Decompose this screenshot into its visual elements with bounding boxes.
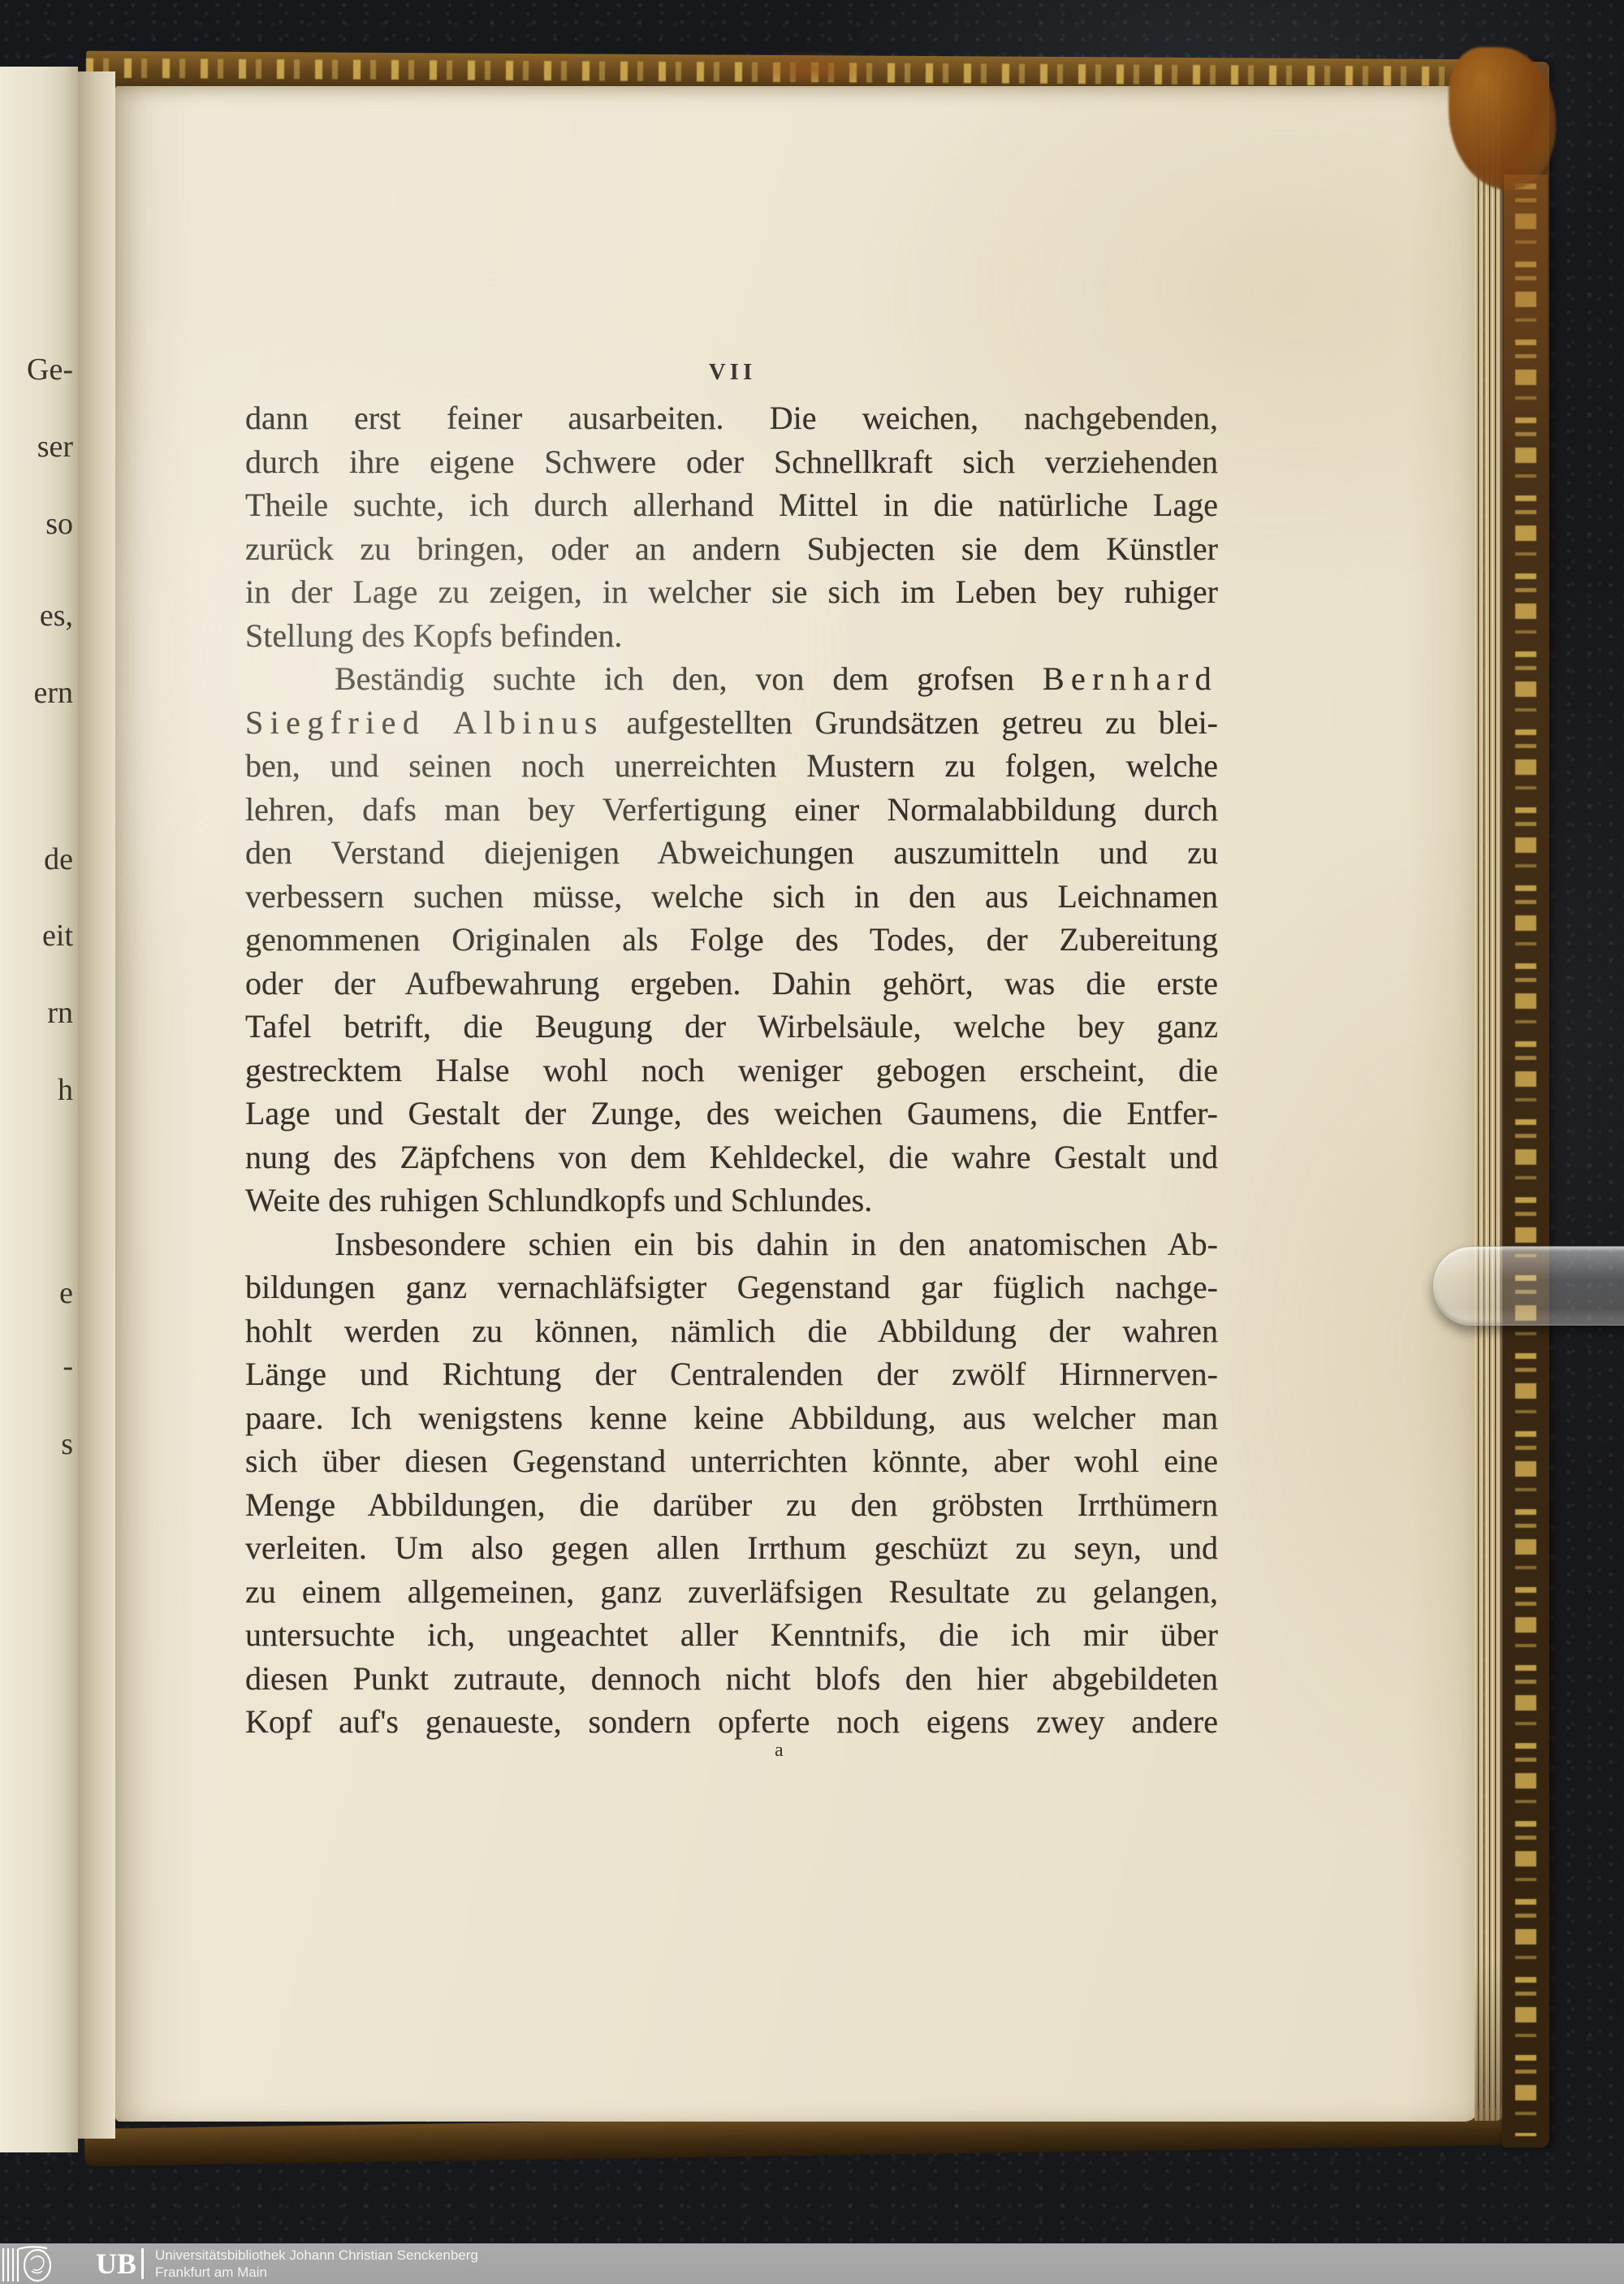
text-line: Beständig suchte ich den, von dem grofse… [245,657,1218,701]
text-line: hohlt werden zu können, nämlich die Abbi… [245,1309,1218,1353]
text-segment: lehren, dafs man bey Verfertigung einer … [245,791,1218,828]
book-gutter-shadow [78,71,115,2139]
text-segment: zu einem allgemeinen, ganz zuverläfsigen… [245,1573,1218,1610]
text-segment: bildungen ganz vernachläfsigter Gegensta… [245,1269,1218,1305]
text-segment: Tafel betrift, die Beugung der Wirbelsäu… [245,1008,1218,1045]
facing-page-text-fragment: rn [47,991,73,1035]
text-line: paare. Ich wenigstens kenne keine Abbild… [245,1396,1218,1440]
facing-page-text-fragment: de [44,837,73,881]
letterspaced-name: Bernhard [1043,660,1218,697]
plastic-strip [1432,1246,1624,1326]
text-line: Stellung des Kopfs befinden. [245,614,1218,658]
text-segment: ben, und seinen noch unerreichten Muster… [245,747,1218,784]
leather-cover-gilt-band [1502,62,1549,2148]
library-footer-bar: UB Universitätsbibliothek Johann Christi… [0,2243,1624,2284]
text-line: Kopf auf's genaueste, sondern opferte no… [245,1700,1218,1744]
text-line: Theile suchte, ich durch allerhand Mitte… [245,483,1218,527]
text-line: gestrecktem Halse wohl noch weniger gebo… [245,1049,1218,1092]
text-line: oder der Aufbewahrung ergeben. Dahin geh… [245,962,1218,1006]
text-segment: sich über diesen Gegenstand unterrichten… [245,1443,1218,1479]
page-block-edge [1475,78,1504,2121]
facing-page-text-fragment: ser [37,425,73,469]
facing-page-sliver: Ge-sersoes,erndeeitrnhe-s [0,67,78,2152]
text-segment: aufgestellten Grundsätzen getreu zu blei… [604,704,1218,741]
text-segment: diesen Punkt zutraute, dennoch nicht blo… [245,1660,1218,1697]
ub-logo-text: UB [96,2243,136,2284]
page-number: VII [651,359,814,386]
text-line: Lage und Gestalt der Zunge, des weichen … [245,1092,1218,1136]
text-line: Insbesondere schien ein bis dahin in den… [245,1222,1218,1266]
text-line: dann erst feiner ausarbeiten. Die weiche… [245,396,1218,440]
facing-page-text-fragment: so [45,502,73,546]
logo-divider [141,2248,144,2279]
footer-library-name: Universitätsbibliothek Johann Christian … [155,2247,478,2264]
text-segment: durch ihre eigene Schwere oder Schnellkr… [245,443,1218,480]
library-portrait-icon [0,2243,94,2284]
text-line: zu einem allgemeinen, ganz zuverläfsigen… [245,1570,1218,1614]
facing-page-text-fragment: es, [40,594,73,638]
text-segment: verleiten. Um also gegen allen Irrthum g… [245,1529,1218,1566]
text-line: den Verstand diejenigen Abweichungen aus… [245,831,1218,875]
footer-text: Universitätsbibliothek Johann Christian … [155,2247,478,2281]
facing-page-text-fragment: e [59,1271,73,1315]
ub-logo: UB [0,2243,144,2284]
text-segment: Kopf auf's genaueste, sondern opferte no… [245,1703,1218,1740]
letterspaced-name: Siegfried Albinus [245,704,604,741]
facing-page-text-fragment: s [61,1422,73,1466]
text-segment: gestrecktem Halse wohl noch weniger gebo… [245,1052,1218,1088]
facing-page-text-fragment: ern [33,671,73,715]
text-segment: in der Lage zu zeigen, in welcher sie si… [245,573,1218,610]
text-line: in der Lage zu zeigen, in welcher sie si… [245,570,1218,614]
facing-page-text-fragment: Ge- [27,348,73,391]
text-line: Weite des ruhigen Schlundkopfs und Schlu… [245,1179,1218,1222]
text-segment: Menge Abbildungen, die darüber zu den gr… [245,1486,1218,1523]
text-line: diesen Punkt zutraute, dennoch nicht blo… [245,1657,1218,1701]
text-segment: Lage und Gestalt der Zunge, des weichen … [245,1095,1218,1131]
book-scan-scene: Ge-sersoes,erndeeitrnhe-s VII dann erst … [0,0,1624,2284]
text-line: ben, und seinen noch unerreichten Muster… [245,744,1218,788]
text-line: verleiten. Um also gegen allen Irrthum g… [245,1526,1218,1570]
book-page: VII dann erst feiner ausarbeiten. Die we… [115,86,1478,2122]
text-line: durch ihre eigene Schwere oder Schnellkr… [245,440,1218,484]
footer-library-city: Frankfurt am Main [155,2264,478,2281]
text-line: Tafel betrift, die Beugung der Wirbelsäu… [245,1005,1218,1049]
facing-page-text-fragment: - [63,1344,73,1388]
text-line: genommenen Originalen als Folge des Tode… [245,918,1218,962]
text-line: sich über diesen Gegenstand unterrichten… [245,1439,1218,1483]
text-segment: dann erst feiner ausarbeiten. Die weiche… [245,400,1218,436]
text-segment: Beständig suchte ich den, von dem grofse… [335,660,1043,697]
text-line: Menge Abbildungen, die darüber zu den gr… [245,1483,1218,1527]
text-segment: Länge und Richtung der Centralenden der … [245,1356,1218,1392]
facing-page-text-fragment: h [58,1068,73,1112]
text-segment: untersuchte ich, ungeachtet aller Kenntn… [245,1616,1218,1653]
text-line: zurück zu bringen, oder an andern Subjec… [245,527,1218,571]
text-segment: Weite des ruhigen Schlundkopfs und Schlu… [245,1182,872,1218]
text-segment: genommenen Originalen als Folge des Tode… [245,921,1218,958]
text-segment: Theile suchte, ich durch allerhand Mitte… [245,487,1218,523]
text-segment: verbessern suchen müsse, welche sich in … [245,878,1218,915]
text-line: nung des Zäpfchens von dem Kehldeckel, d… [245,1136,1218,1179]
text-line: untersuchte ich, ungeachtet aller Kenntn… [245,1613,1218,1657]
text-segment: Insbesondere schien ein bis dahin in den… [335,1226,1218,1262]
text-segment: den Verstand diejenigen Abweichungen aus… [245,834,1218,871]
text-segment: hohlt werden zu können, nämlich die Abbi… [245,1313,1218,1349]
text-line: Siegfried Albinus aufgestellten Grundsät… [245,701,1218,745]
text-line: lehren, dafs man bey Verfertigung einer … [245,788,1218,832]
text-line: Länge und Richtung der Centralenden der … [245,1352,1218,1396]
text-segment: Stellung des Kopfs befinden. [245,617,622,654]
text-line: verbessern suchen müsse, welche sich in … [245,875,1218,919]
text-segment: paare. Ich wenigstens kenne keine Abbild… [245,1399,1218,1436]
facing-page-text-fragment: eit [42,914,73,958]
text-segment: zurück zu bringen, oder an andern Subjec… [245,530,1218,567]
text-block: dann erst feiner ausarbeiten. Die weiche… [245,396,1218,1744]
text-segment: oder der Aufbewahrung ergeben. Dahin geh… [245,965,1218,1001]
signature-mark: a [775,1740,784,1762]
text-line: bildungen ganz vernachläfsigter Gegensta… [245,1265,1218,1309]
text-segment: nung des Zäpfchens von dem Kehldeckel, d… [245,1139,1218,1175]
